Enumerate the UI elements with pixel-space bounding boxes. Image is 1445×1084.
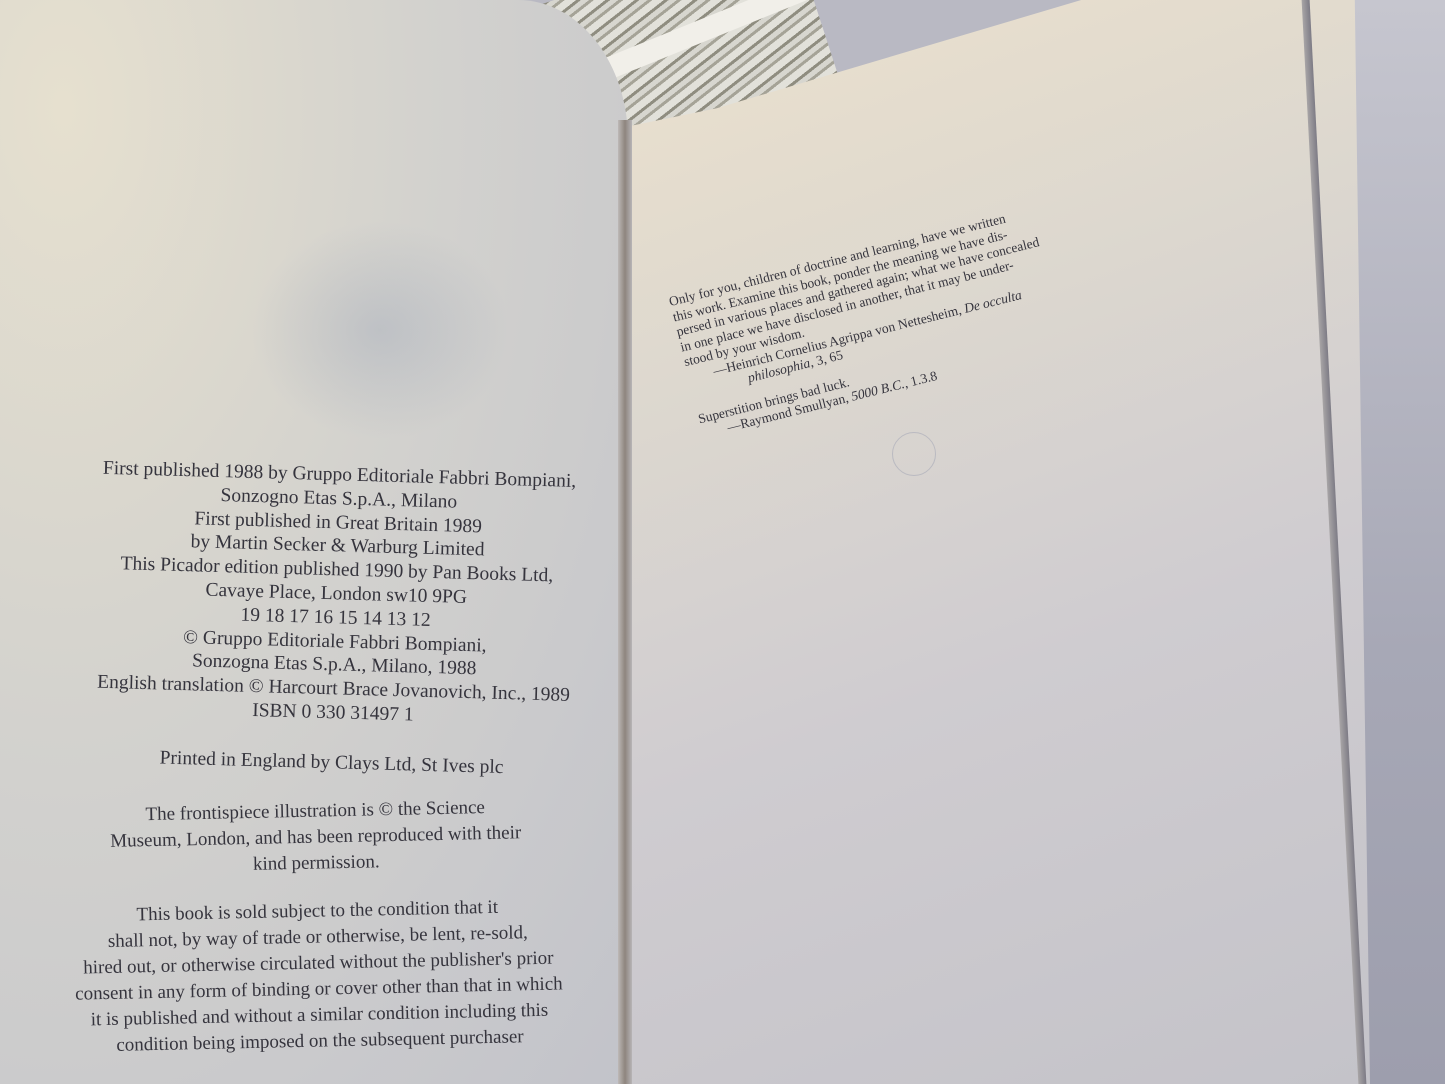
right-page: [610, 0, 1370, 1084]
faint-stamp-mark: [892, 432, 936, 476]
book-photo: First published 1988 by Gruppo Editorial…: [0, 0, 1445, 1084]
copyright-block: First published 1988 by Gruppo Editorial…: [31, 455, 639, 783]
notices-block: The frontispiece illustration is © the S…: [10, 792, 625, 1061]
show-through-illustration: [250, 220, 510, 440]
